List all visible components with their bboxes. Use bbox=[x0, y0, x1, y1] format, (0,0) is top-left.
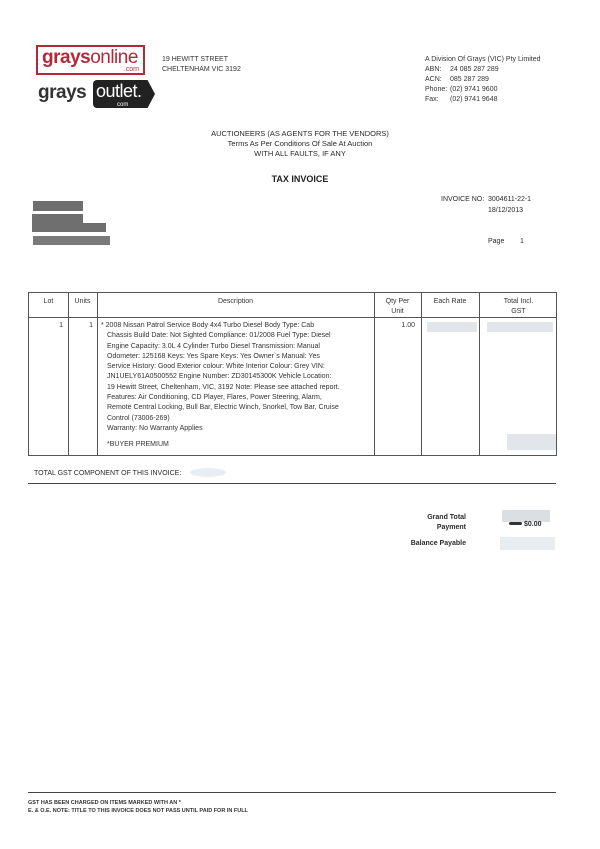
description-line: Odometer: 125168 Keys: Yes Spare Keys: Y… bbox=[101, 352, 373, 362]
redacted-each-rate bbox=[427, 322, 477, 332]
cell-units: 1 bbox=[68, 321, 93, 331]
footer-notes: GST HAS BEEN CHARGED ON ITEMS MARKED WIT… bbox=[28, 799, 248, 815]
divider bbox=[28, 483, 556, 484]
description-line: Chassis Build Date: Not Sighted Complian… bbox=[101, 331, 373, 341]
cell-description: * 2008 Nissan Patrol Service Body 4x4 Tu… bbox=[101, 321, 373, 451]
logo-suffix: .com bbox=[124, 66, 139, 73]
header-lot: Lot bbox=[29, 297, 68, 307]
document-title: TAX INVOICE bbox=[0, 174, 600, 184]
header-description: Description bbox=[97, 297, 374, 307]
description-line: * 2008 Nissan Patrol Service Body 4x4 Tu… bbox=[101, 321, 373, 331]
redacted-customer-city bbox=[33, 236, 110, 245]
invoice-date: 18/12/2013 bbox=[488, 205, 523, 216]
description-line: Features: Air Conditioning, CD Player, F… bbox=[101, 393, 373, 403]
logo-text: graysonline bbox=[42, 48, 138, 68]
header-qty: Qty Per Unit bbox=[374, 297, 421, 317]
cell-qty: 1.00 bbox=[374, 321, 415, 331]
grand-total-label: Grand Total bbox=[400, 513, 466, 523]
header-total: Total Incl. GST bbox=[479, 297, 558, 317]
totals-labels: Grand Total Payment bbox=[400, 513, 466, 533]
description-line: Control (73006-269) bbox=[101, 414, 373, 424]
redacted-customer-address bbox=[32, 223, 106, 232]
header-units: Units bbox=[68, 297, 97, 307]
auction-terms: AUCTIONEERS (AS AGENTS FOR THE VENDORS) … bbox=[0, 129, 600, 159]
abn-value: 24 085 287 289 bbox=[450, 65, 499, 75]
redacted-total bbox=[487, 322, 553, 332]
description-line: Warranty: No Warranty Applies bbox=[101, 424, 373, 434]
table-divider bbox=[29, 317, 556, 318]
branch-address: 19 HEWITT STREET CHELTENHAM VIC 3192 bbox=[162, 55, 241, 75]
column-divider bbox=[97, 293, 98, 455]
line-items-table: Lot Units Description Qty Per Unit Each … bbox=[28, 292, 557, 456]
company-division: A Division Of Grays (VIC) Pty Limited bbox=[425, 55, 541, 65]
description-line: Remote Central Locking, Bull Bar, Electr… bbox=[101, 403, 373, 413]
price-tag-icon: outlet. com bbox=[93, 80, 155, 108]
buyer-premium-line: *BUYER PREMIUM bbox=[101, 440, 373, 450]
redacted-gst-value bbox=[190, 468, 226, 477]
logo-text: grays bbox=[38, 82, 86, 104]
payment-label: Payment bbox=[400, 523, 466, 533]
footer-divider bbox=[28, 792, 556, 793]
fax-value: (02) 9741 9648 bbox=[450, 95, 497, 105]
company-details: A Division Of Grays (VIC) Pty Limited AB… bbox=[425, 55, 541, 105]
phone-value: (02) 9741 9600 bbox=[450, 85, 497, 95]
gst-component-label: TOTAL GST COMPONENT OF THIS INVOICE: bbox=[34, 470, 181, 477]
column-divider bbox=[374, 293, 375, 455]
mark bbox=[509, 522, 522, 525]
description-line: JN1UELY61A0500552 Engine Number: ZD30145… bbox=[101, 372, 373, 382]
graysonline-logo: graysonline .com bbox=[36, 45, 145, 75]
acn-value: 085 287 289 bbox=[450, 75, 489, 85]
description-line: Service History: Good Exterior colour: W… bbox=[101, 362, 373, 372]
invoice-meta: INVOICE NO:3004611-22-1 18/12/2013 bbox=[441, 194, 484, 216]
description-line: 19 Hewitt Street, Cheltenham, VIC, 3192 … bbox=[101, 383, 373, 393]
redacted-balance-payable bbox=[500, 537, 555, 550]
invoice-number: 3004611-22-1 bbox=[488, 194, 531, 205]
cell-lot: 1 bbox=[29, 321, 63, 331]
column-divider bbox=[479, 293, 480, 455]
header-rate: Each Rate bbox=[421, 297, 479, 307]
graysoutlet-logo: grays outlet. com bbox=[38, 80, 158, 108]
column-divider bbox=[421, 293, 422, 455]
page-label: Page bbox=[488, 238, 504, 245]
page-number: 1 bbox=[520, 238, 524, 245]
payment-value: $0.00 bbox=[524, 521, 542, 528]
description-line: Engine Capacity: 3.0L 4 Cylinder Turbo D… bbox=[101, 342, 373, 352]
redacted-premium-total bbox=[507, 434, 556, 450]
balance-payable-label: Balance Payable bbox=[400, 540, 466, 547]
redacted-customer-name bbox=[33, 201, 83, 211]
column-divider bbox=[68, 293, 69, 455]
